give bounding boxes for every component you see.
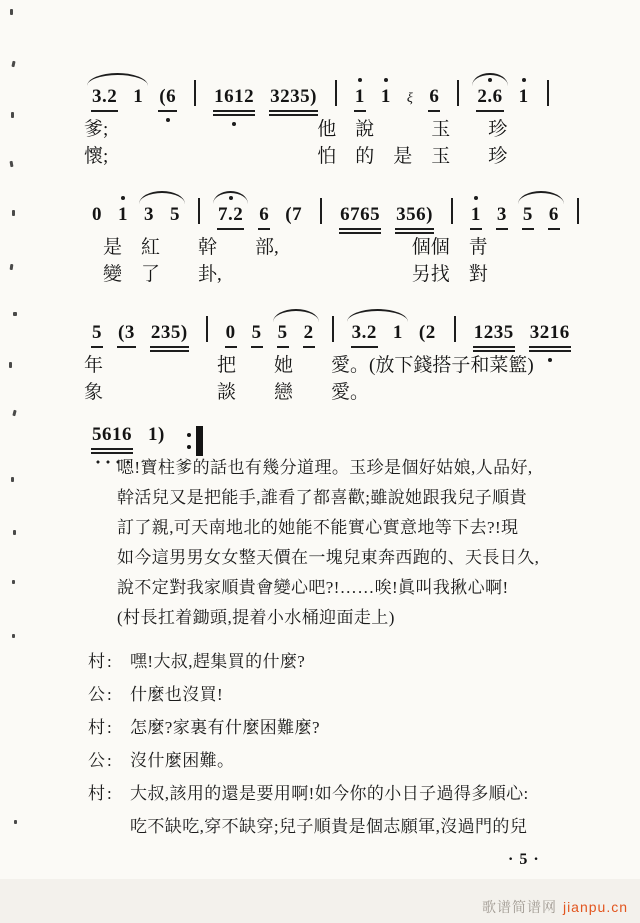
note-group: 56161) (84, 424, 173, 450)
barline-icon (457, 80, 459, 106)
barline-icon (198, 198, 200, 224)
note-text: ξ (406, 91, 415, 109)
music-system: 01357.26(76765356)1356 是 紅 幹 部, 個個 靑 變 了… (84, 182, 594, 288)
note-text: 1 (380, 86, 392, 110)
note-token: (3 (117, 322, 136, 348)
lyric-row: 年 把 她 愛。(放下錢搭子和菜籃) (84, 352, 594, 379)
note-text: 3216 (529, 322, 571, 348)
note-text: (2 (418, 322, 437, 346)
dialogue-row: 村:大叔,該用的還是要用啊!如今你的小日子過得多順心: (88, 782, 529, 806)
note-text: 5 (251, 322, 263, 348)
barline-icon (206, 316, 208, 342)
note-text: 0 (225, 322, 237, 348)
monologue-line: (村長扛着鋤頭,提着小水桶迎面走上) (117, 603, 539, 633)
scan-artifact (11, 477, 14, 482)
dialogue-text: 怎麼?家裏有什麼困難麼? (130, 718, 320, 737)
page-number: ·5· (508, 851, 545, 869)
dialogue-speaker: 公: (88, 749, 130, 773)
note-group: 11ξ6 (347, 86, 448, 112)
note-token: 6 (258, 204, 270, 230)
barline-icon (454, 316, 456, 342)
note-token: 5616 (91, 424, 133, 450)
note-token: 2 (303, 322, 315, 348)
dialogue-text: 吃不缺吃,穿不缺穿;兒子順貴是個志願軍,沒過門的兒 (130, 817, 527, 836)
note-token: 1) (147, 424, 166, 448)
note-token: 356) (395, 204, 434, 230)
monologue-block: 嗯!寶柱爹的話也有幾分道理。玉珍是個好姑娘,人品好,幹活兒又是把能手,誰看了都喜… (117, 453, 539, 633)
note-text: 1 (354, 86, 366, 112)
slur-group: 56 (515, 204, 567, 230)
scan-artifact (13, 312, 17, 316)
note-text: 1 (518, 86, 530, 110)
dialogue-text: 嘿!大叔,趕集買的什麼? (130, 652, 305, 671)
notes-row: 01357.26(76765356)1356 (84, 182, 594, 234)
note-group: 01 (84, 204, 136, 228)
note-token: (2 (418, 322, 437, 346)
note-token: 1 (392, 322, 404, 346)
scan-artifact (9, 362, 12, 368)
lyric-row: 象 談 戀 愛。 (84, 379, 594, 406)
note-token: 3.2 (91, 86, 118, 112)
monologue-line: 如今這男男女女整天價在一塊兒東奔西跑的、天長日久, (117, 543, 539, 573)
note-text: 3 (496, 204, 508, 230)
dialogue-speaker: 村: (88, 716, 130, 740)
slur-group: 2.6 (469, 86, 510, 112)
note-text: (7 (284, 204, 303, 228)
octave-dot-above (358, 78, 362, 82)
note-text: 5 (277, 322, 289, 348)
notes-row: 5(3235)05523.21(212353216 (84, 300, 594, 352)
note-token: 3216 (529, 322, 571, 348)
scan-artifact (12, 210, 15, 216)
barline-icon (577, 198, 579, 224)
note-token: 1 (470, 204, 482, 230)
scan-artifact (10, 161, 14, 167)
barline-icon (194, 80, 196, 106)
lyric-row: 懷; 怕 的 是 玉 珍 (84, 143, 594, 170)
slur-group: 3.21 (344, 322, 411, 348)
note-text: 3.2 (91, 86, 118, 112)
scan-artifact (11, 61, 15, 67)
scan-artifact (11, 112, 14, 118)
note-text: 1235 (473, 322, 515, 348)
octave-dot-below (548, 358, 552, 362)
music-system: 3.21(616123235)11ξ62.61爹; 他 說 玉 珍懷; 怕 的 … (84, 64, 594, 170)
octave-dot-above (474, 196, 478, 200)
note-group: (2 (411, 322, 444, 346)
note-text: 5 (522, 204, 534, 230)
note-text: 1 (132, 86, 144, 110)
repeat-bar-icon (196, 426, 203, 456)
scan-artifact (12, 634, 15, 638)
note-token: 1 (380, 86, 392, 110)
note-text: (6 (158, 86, 177, 112)
octave-dot-above (522, 78, 526, 82)
barline-icon (451, 198, 453, 224)
note-text: 1 (117, 204, 129, 228)
watermark-site-url: jianpu.cn (563, 899, 628, 915)
note-group: 5(3235) (84, 322, 196, 348)
note-token: 1 (354, 86, 366, 112)
dialogue-text: 大叔,該用的還是要用啊!如今你的小日子過得多順心: (130, 784, 529, 803)
note-group: 13 (463, 204, 515, 230)
note-token: 1 (132, 86, 144, 110)
note-group: 1 (511, 86, 537, 110)
note-text: 7.2 (217, 204, 244, 230)
music-system: 5(3235)05523.21(212353216年 把 她 愛。(放下錢搭子和… (84, 300, 594, 406)
scan-artifact (10, 264, 14, 270)
lyric-row: 變 了 卦, 另找 對 (84, 261, 594, 288)
note-token: 1235 (473, 322, 515, 348)
barline-icon (332, 316, 334, 342)
octave-dot-below (166, 118, 170, 122)
slur-group: 7.2 (210, 204, 251, 230)
dialogue-speaker: 公: (88, 683, 130, 707)
note-text: 5 (91, 322, 103, 348)
monologue-line: 訂了親,可天南地北的她能不能實心實意地等下去?!現 (117, 513, 539, 543)
dialogue-row: 村:怎麼?家裏有什麼困難麼? (88, 716, 529, 740)
monologue-line: 幹活兒又是把能手,誰看了都喜歡;雖說她跟我兒子順貴 (117, 483, 539, 513)
repeat-dots-icon (187, 430, 192, 452)
lyric-row: 是 紅 幹 部, 個個 靑 (84, 234, 594, 261)
barline-icon (320, 198, 322, 224)
note-token: 6765 (339, 204, 381, 230)
note-text: 3235) (269, 86, 318, 112)
scan-artifact (12, 580, 15, 584)
watermark-site-name: 歌谱简谱网 (482, 899, 557, 915)
note-token: 235) (150, 322, 189, 348)
note-token: (7 (284, 204, 303, 228)
scanned-score-page: { "page": { "number": "·5·" }, "watermar… (0, 0, 640, 923)
note-token: 5 (251, 322, 263, 348)
note-text: 1 (470, 204, 482, 230)
octave-dot-above (121, 196, 125, 200)
note-group: 12353216 (466, 322, 578, 348)
slur-group: 52 (270, 322, 322, 348)
note-text: 5 (169, 204, 181, 228)
dialogue-text: 什麼也沒買! (130, 685, 223, 704)
scan-artifact (10, 9, 13, 15)
note-token: 0 (91, 204, 103, 228)
dialogue-row: 公:沒什麼困難。 (88, 749, 529, 773)
note-token: 3 (143, 204, 155, 228)
scan-artifact (12, 410, 16, 417)
scan-artifact (14, 820, 17, 824)
slur-group: 35 (136, 204, 188, 228)
note-group: 05 (218, 322, 270, 348)
dialogue-text: 沒什麼困難。 (130, 751, 234, 770)
dialogue-row: 公:什麼也沒買! (88, 683, 529, 707)
note-text: 2 (303, 322, 315, 348)
note-text: 3 (143, 204, 155, 228)
note-text: 1 (392, 322, 404, 346)
barline-icon (335, 80, 337, 106)
note-text: 6765 (339, 204, 381, 230)
note-token: 5 (522, 204, 534, 230)
note-token: (6 (158, 86, 177, 112)
note-text: 2.6 (476, 86, 503, 112)
note-text: 5616 (91, 424, 133, 450)
note-group: 16123235) (206, 86, 325, 112)
lyric-row: 爹; 他 說 玉 珍 (84, 116, 594, 143)
octave-dot-above (229, 196, 233, 200)
note-token: 5 (277, 322, 289, 348)
note-token: 1 (518, 86, 530, 110)
note-group: 6(7 (251, 204, 310, 230)
note-token: 0 (225, 322, 237, 348)
note-text: 1) (147, 424, 166, 448)
note-token: 3 (496, 204, 508, 230)
note-text: 6 (428, 86, 440, 112)
octave-dot-above (384, 78, 388, 82)
octave-dot-below (232, 122, 236, 126)
note-token: ξ (406, 86, 415, 109)
dialogue-speaker: 村: (88, 650, 130, 674)
note-token: 7.2 (217, 204, 244, 230)
note-token: 5 (91, 322, 103, 348)
note-token: 5 (169, 204, 181, 228)
dialogue-row: 吃不缺吃,穿不缺穿;兒子順貴是個志願軍,沒過門的兒 (88, 815, 529, 839)
dialogue-speaker: 村: (88, 782, 130, 806)
note-text: 1612 (213, 86, 255, 112)
scan-artifact (13, 530, 16, 535)
music-block: 3.21(616123235)11ξ62.61爹; 他 說 玉 珍懷; 怕 的 … (84, 64, 594, 472)
monologue-line: 說不定對我家順貴會變心吧?!……唉!眞叫我揪心啊! (117, 573, 539, 603)
dialogue-block: 村:嘿!大叔,趕集買的什麼?公:什麼也沒買!村:怎麼?家裏有什麼困難麼?公:沒什… (88, 650, 529, 848)
note-group: (6 (151, 86, 184, 112)
monologue-line: 嗯!寶柱爹的話也有幾分道理。玉珍是個好姑娘,人品好, (117, 453, 539, 483)
barline-icon (547, 80, 549, 106)
note-text: 6 (548, 204, 560, 230)
notes-row: 3.21(616123235)11ξ62.61 (84, 64, 594, 116)
note-text: 0 (91, 204, 103, 228)
slur-group: 3.21 (84, 86, 151, 112)
note-group: 6765356) (332, 204, 441, 230)
note-text: (3 (117, 322, 136, 348)
note-token: 6 (548, 204, 560, 230)
repeat-sign-icon (187, 426, 203, 456)
note-token: 1612 (213, 86, 255, 112)
dialogue-row: 村:嘿!大叔,趕集買的什麼? (88, 650, 529, 674)
note-token: 2.6 (476, 86, 503, 112)
note-text: 6 (258, 204, 270, 230)
note-text: 356) (395, 204, 434, 230)
note-token: 3235) (269, 86, 318, 112)
note-token: 3.2 (351, 322, 378, 348)
note-text: 3.2 (351, 322, 378, 348)
octave-dot-above (488, 78, 492, 82)
note-token: 6 (428, 86, 440, 112)
watermark: 歌谱简谱网jianpu.cn (482, 897, 628, 917)
note-token: 1 (117, 204, 129, 228)
note-text: 235) (150, 322, 189, 348)
